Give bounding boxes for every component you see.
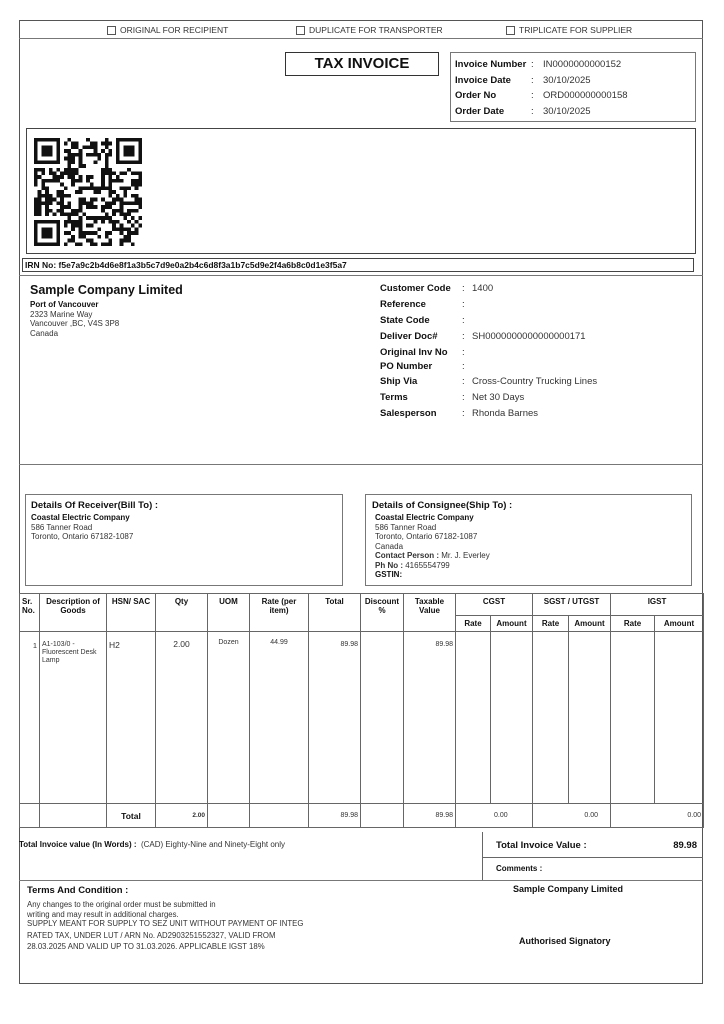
ship-to-name: Coastal Electric Company — [375, 513, 686, 523]
meta-value: Net 30 Days — [472, 392, 524, 403]
checkbox-icon[interactable] — [107, 26, 116, 35]
cell-cgst-amount — [491, 632, 533, 804]
amount-in-words-label: Total Invoice value (In Words) : — [19, 840, 137, 849]
col-header-taxable: Taxable Value — [404, 594, 456, 632]
totals-label: Total — [107, 804, 156, 828]
bill-to-name: Coastal Electric Company — [31, 513, 337, 523]
seller-address-line: Vancouver ,BC, V4S 3P8 — [30, 319, 183, 329]
cell-qty: 2.00 — [156, 632, 208, 804]
ship-to-box: Details of Consignee(Ship To) : Coastal … — [365, 494, 692, 586]
signature-company: Sample Company Limited — [513, 884, 623, 894]
ship-to-phone: Ph No : 4165554799 — [375, 561, 686, 571]
invoice-info-value: IN0000000000152 — [543, 59, 621, 70]
meta-value: 1400 — [472, 283, 493, 294]
meta-row: Deliver Doc#:SH0000000000000000171 — [380, 328, 597, 344]
contact-label: Contact Person : — [375, 551, 439, 560]
cell-total: 89.98 — [309, 632, 361, 804]
meta-value: Cross-Country Trucking Lines — [472, 376, 597, 387]
col-header-cgst: CGST — [456, 594, 533, 616]
seller-address-line: 2323 Marine Way — [30, 310, 183, 320]
invoice-info-box: Invoice Number:IN0000000000152Invoice Da… — [450, 52, 696, 122]
meta-row: Salesperson: Rhonda Barnes — [380, 405, 597, 421]
meta-row: State Code: — [380, 312, 597, 328]
amount-in-words-value: (CAD) Eighty-Nine and Ninety-Eight only — [141, 840, 285, 849]
meta-label: Customer Code — [380, 283, 462, 294]
separator: : — [462, 408, 472, 419]
invoice-info-label: Invoice Number — [455, 59, 531, 70]
invoice-info-row: Order No:ORD000000000158 — [455, 88, 691, 104]
cell-igst-amount — [655, 632, 704, 804]
meta-label: Original Inv No — [380, 347, 462, 358]
copy-original[interactable]: ORIGINAL FOR RECIPIENT — [107, 22, 228, 38]
totals-igst-amount: 0.00 — [611, 804, 704, 828]
col-header-rate: Rate (per item) — [250, 594, 309, 632]
separator: : — [462, 347, 472, 358]
terms-line: 28.03.2025 AND VALID UP TO 31.03.2026. A… — [27, 941, 303, 952]
invoice-info-label: Order No — [455, 90, 531, 101]
ship-to-address-line: Toronto, Ontario 67182-1087 — [375, 532, 686, 542]
divider — [482, 857, 703, 858]
bill-to-address-line: 586 Tanner Road — [31, 523, 337, 533]
phone-label: Ph No : — [375, 561, 403, 570]
separator: : — [531, 75, 543, 86]
separator: : — [462, 361, 472, 372]
separator: : — [531, 90, 543, 101]
col-header-description: Description of Goods — [40, 594, 107, 632]
qr-code-icon — [34, 138, 142, 246]
copy-duplicate-label: DUPLICATE FOR TRANSPORTER — [309, 25, 443, 35]
document-title: TAX INVOICE — [285, 52, 439, 76]
col-header-sgst-amount: Amount — [569, 616, 611, 632]
meta-row: Ship Via:Cross-Country Trucking Lines — [380, 373, 597, 389]
invoice-info-label: Order Date — [455, 106, 531, 117]
col-header-cgst-rate: Rate — [456, 616, 491, 632]
separator: : — [462, 315, 472, 326]
totals-cgst-amount: 0.00 — [456, 804, 533, 828]
totals-sgst-amount: 0.00 — [533, 804, 611, 828]
col-header-qty: Qty — [156, 594, 208, 632]
col-header-total: Total — [309, 594, 361, 632]
col-header-cgst-amount: Amount — [491, 616, 533, 632]
checkbox-icon[interactable] — [506, 26, 515, 35]
seller-name: Sample Company Limited — [30, 282, 183, 298]
separator: : — [462, 376, 472, 387]
separator: : — [462, 299, 472, 310]
invoice-info-row: Invoice Date:30/10/2025 — [455, 73, 691, 89]
cell-rate: 44.99 — [250, 632, 309, 804]
separator: : — [462, 331, 472, 342]
meta-row: Original Inv No: — [380, 344, 597, 360]
col-header-discount: Discount % — [361, 594, 404, 632]
col-header-sgst: SGST / UTGST — [533, 594, 611, 616]
totals-taxable: 89.98 — [404, 804, 456, 828]
meta-label: Reference — [380, 299, 462, 310]
invoice-info-value: ORD000000000158 — [543, 90, 628, 101]
terms-heading: Terms And Condition : — [27, 884, 303, 898]
invoice-info-row: Invoice Number:IN0000000000152 — [455, 57, 691, 73]
col-header-igst-rate: Rate — [611, 616, 655, 632]
divider — [19, 464, 703, 465]
total-invoice-value-label: Total Invoice Value : — [496, 840, 587, 851]
cell-uom: Dozen — [208, 632, 250, 804]
terms-line: writing and may result in additional cha… — [27, 910, 303, 920]
terms-line: SUPPLY MEANT FOR SUPPLY TO SEZ UNIT WITH… — [27, 919, 303, 930]
copy-triplicate-label: TRIPLICATE FOR SUPPLIER — [519, 25, 632, 35]
qr-section — [26, 128, 696, 254]
phone-value: 4165554799 — [403, 561, 450, 570]
ship-to-contact: Contact Person : Mr. J. Everley — [375, 551, 686, 561]
seller-block: Sample Company Limited Port of Vancouver… — [30, 282, 183, 338]
items-table: Sr. No. Description of Goods HSN/ SAC Qt… — [19, 593, 704, 828]
ship-to-gstin: GSTIN: — [375, 570, 686, 580]
invoice-info-value: 30/10/2025 — [543, 106, 591, 117]
irn-number: IRN No: f5e7a9c2b4d6e8f1a3b5c7d9e0a2b4c6… — [22, 258, 694, 272]
ship-to-address-line: Canada — [375, 542, 686, 552]
cell-description: A1-103/0 - Fluorescent Desk Lamp — [40, 632, 107, 804]
meta-value: SH0000000000000000171 — [472, 331, 586, 342]
contact-value: Mr. J. Everley — [439, 551, 490, 560]
meta-label: Ship Via — [380, 376, 462, 387]
cell-empty — [250, 804, 309, 828]
amount-in-words: Total Invoice value (In Words) : (CAD) E… — [19, 840, 285, 849]
separator: : — [531, 106, 543, 117]
col-header-igst-amount: Amount — [655, 616, 704, 632]
invoice-info-label: Invoice Date — [455, 75, 531, 86]
invoice-info-row: Order Date:30/10/2025 — [455, 104, 691, 120]
totals-qty: 2.00 — [156, 804, 208, 828]
totals-row: Total 2.00 89.98 89.98 0.00 0.00 0.00 — [20, 804, 704, 828]
cell-cgst-rate — [456, 632, 491, 804]
cell-empty — [208, 804, 250, 828]
col-header-sr: Sr. No. — [20, 594, 40, 632]
ship-to-heading: Details of Consignee(Ship To) : — [372, 499, 686, 512]
checkbox-icon[interactable] — [296, 26, 305, 35]
bill-to-address-line: Toronto, Ontario 67182-1087 — [31, 532, 337, 542]
ship-to-address-line: 586 Tanner Road — [375, 523, 686, 533]
col-header-igst: IGST — [611, 594, 704, 616]
cell-discount — [361, 632, 404, 804]
separator: : — [531, 59, 543, 70]
totals-total: 89.98 — [309, 804, 361, 828]
divider — [19, 275, 703, 276]
terms-line: Any changes to the original order must b… — [27, 900, 303, 910]
meta-label: State Code — [380, 315, 462, 326]
meta-value: Rhonda Barnes — [472, 408, 538, 419]
col-header-hsn: HSN/ SAC — [107, 594, 156, 632]
cell-empty — [40, 804, 107, 828]
divider — [19, 38, 703, 39]
meta-label: Salesperson — [380, 408, 462, 419]
terms-block: Terms And Condition : Any changes to the… — [27, 884, 303, 952]
cell-taxable: 89.98 — [404, 632, 456, 804]
meta-label: Terms — [380, 392, 462, 403]
separator: : — [462, 283, 472, 294]
terms-line: RATED TAX, UNDER LUT / ARN No. AD2903251… — [27, 930, 303, 941]
cell-sgst-rate — [533, 632, 569, 804]
copy-duplicate[interactable]: DUPLICATE FOR TRANSPORTER — [296, 22, 443, 38]
bill-to-box: Details Of Receiver(Bill To) : Coastal E… — [25, 494, 343, 586]
separator: : — [462, 392, 472, 403]
invoice-info-value: 30/10/2025 — [543, 75, 591, 86]
cell-hsn: H2 — [107, 632, 156, 804]
copy-original-label: ORIGINAL FOR RECIPIENT — [120, 25, 228, 35]
meta-row: PO Number: — [380, 360, 597, 373]
order-meta: Customer Code:1400Reference:State Code:D… — [380, 280, 597, 421]
cell-empty — [361, 804, 404, 828]
meta-label: PO Number — [380, 361, 462, 372]
comments-label: Comments : — [496, 864, 542, 873]
bill-to-heading: Details Of Receiver(Bill To) : — [31, 499, 337, 512]
copy-triplicate[interactable]: TRIPLICATE FOR SUPPLIER — [506, 22, 632, 38]
meta-label: Deliver Doc# — [380, 331, 462, 342]
cell-sr: 1 — [20, 632, 40, 804]
divider — [19, 880, 703, 881]
authorised-signatory: Authorised Signatory — [519, 936, 611, 946]
meta-row: Reference: — [380, 296, 597, 312]
table-row: 1 A1-103/0 - Fluorescent Desk Lamp H2 2.… — [20, 632, 704, 804]
cell-sgst-amount — [569, 632, 611, 804]
meta-row: Terms:Net 30 Days — [380, 389, 597, 405]
col-header-sgst-rate: Rate — [533, 616, 569, 632]
cell-empty — [20, 804, 40, 828]
col-header-uom: UOM — [208, 594, 250, 632]
total-invoice-value: 89.98 — [673, 840, 697, 851]
seller-location: Port of Vancouver — [30, 300, 183, 310]
seller-address-line: Canada — [30, 329, 183, 339]
meta-row: Customer Code:1400 — [380, 280, 597, 296]
cell-igst-rate — [611, 632, 655, 804]
